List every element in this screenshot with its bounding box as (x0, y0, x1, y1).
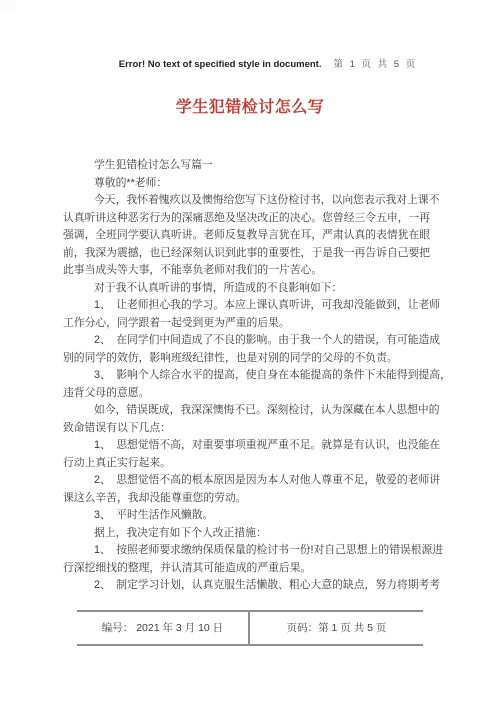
body-line: 1、 让老师担心我的学习。本应上课认真听讲，可我却没能做到，让老师 (63, 297, 441, 315)
header-error-text: Error! No text of specified style in doc… (119, 59, 322, 70)
body-line: 尊敬的**老师： (63, 175, 441, 193)
footer-bottom-rule (77, 644, 423, 646)
body-line: 工作分心，同学跟着一起受到更为严重的后果。 (63, 315, 441, 333)
body-line: 行动上真正实行起来。 (63, 455, 441, 473)
body-line: 行深挖细找的整理，并认清其可能造成的严重后果。 (63, 560, 441, 578)
body-line: 违背父母的意愿。 (63, 385, 441, 403)
footer-number-field: 编号： 2021 年 3 月 10 日 (77, 611, 248, 644)
body-line: 别的同学的效仿，影响班级纪律性，也是对别的同学的父母的不负责。 (63, 350, 441, 368)
body-line: 学生犯错检讨怎么写篇一 (63, 157, 441, 175)
body-line: 如今，错误既成，我深深懊悔不已。深刻检讨，认为深藏在本人思想中的 (63, 402, 441, 420)
corner-artifact (0, 0, 16, 10)
body-line: 1、 思想觉悟不高，对重要事项重视严重不足。就算是有认识，也没能在 (63, 437, 441, 455)
body-line: 课这么辛苦，我却没能尊重您的劳动。 (63, 490, 441, 508)
body-line: 据上，我决定有如下个人改正措施： (63, 525, 441, 543)
body-line: 3、 影响个人综合水平的提高，使自身在本能提高的条件下未能得到提高， (63, 367, 441, 385)
document-body: 学生犯错检讨怎么写篇一尊敬的**老师：今天，我怀着愧疚以及懊悔给您写下这份检讨书… (63, 157, 441, 595)
document-header: Error! No text of specified style in doc… (0, 56, 500, 70)
body-line: 2、 在同学们中间造成了不良的影响。由于我一个人的错误，有可能造成 (63, 332, 441, 350)
body-line: 认真听讲这种恶劣行为的深痛恶绝及坚决改正的决心。您曾经三令五申，一再 (63, 210, 441, 228)
body-line: 今天，我怀着愧疚以及懊悔给您写下这份检讨书，以向您表示我对上课不 (63, 192, 441, 210)
body-line: 强调，全班同学要认真听讲。老师反复教导言犹在耳，严肃认真的表情犹在眼 (63, 227, 441, 245)
body-line: 2、 制定学习计划，认真克服生活懒散、粗心大意的缺点，努力将期考考 (63, 577, 441, 595)
footer-page-field: 页码：第 1 页 共 5 页 (250, 611, 423, 644)
body-line: 对于我不认真听讲的事情，所造成的不良影响如下： (63, 280, 441, 298)
body-line: 1、 按照老师要求缴纳保质保量的检讨书一份!对自己思想上的错误根源进 (63, 542, 441, 560)
body-line: 2、 思想觉悟不高的根本原因是因为本人对他人尊重不足，敬爱的老师讲 (63, 472, 441, 490)
body-line: 致命错误有以下几点： (63, 420, 441, 438)
document-page: Error! No text of specified style in doc… (0, 0, 500, 707)
header-page-indicator: 第 1 页 共 5 页 (333, 56, 417, 70)
document-title: 学生犯错检讨怎么写 (0, 96, 500, 120)
body-line: 3、 平时生活作风懒散。 (63, 507, 441, 525)
body-line: 前，我深为震撼，也已经深刻认识到此事的重要性，于是我一再告诉自己要把 (63, 245, 441, 263)
body-line: 此事当成头等大事，不能辜负老师对我们的一片苦心。 (63, 262, 441, 280)
